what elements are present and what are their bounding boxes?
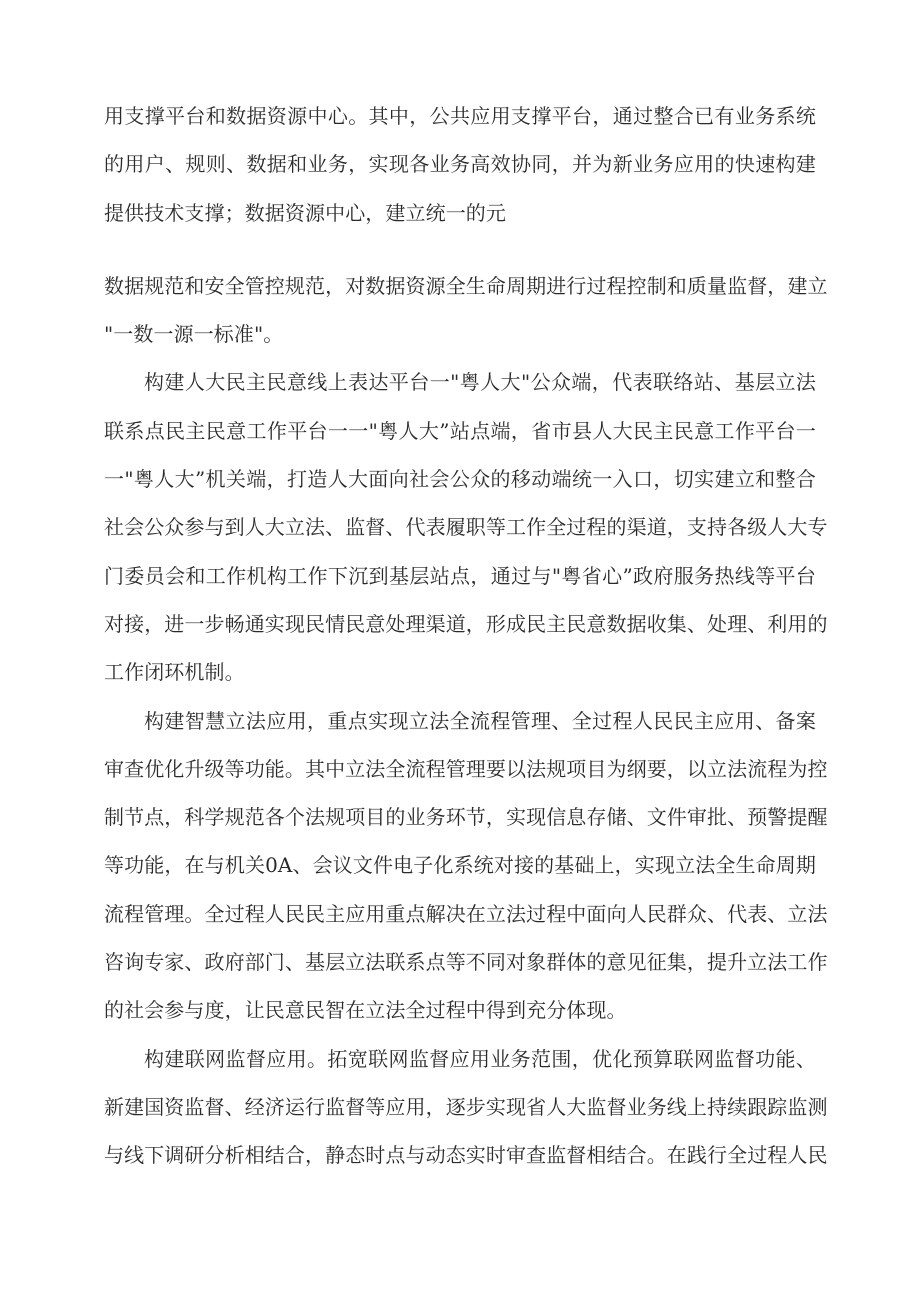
- text-line: 构建智慧立法应用，重点实现立法全流程管理、全过程人民民主应用、备案: [104, 697, 816, 745]
- paragraph-gap: [104, 237, 816, 262]
- text-line: 联系点民主民意工作平台一一"粤人大”站点端，省市县人大民主民意工作平台一: [104, 407, 816, 455]
- text-line: 构建人大民主民意线上表达平台一"粤人大"公众端，代表联络站、基层立法: [104, 358, 816, 406]
- text-line: 咨询专家、政府部门、基层立法联系点等不同对象群体的意见征集，提升立法工作: [104, 938, 816, 986]
- text-line: 社会公众参与到人大立法、监督、代表履职等工作全过程的渠道，支持各级人大专: [104, 503, 816, 551]
- text-line: 等功能，在与机关0A、会议文件电子化系统对接的基础上，实现立法全生命周期: [104, 841, 816, 889]
- paragraph-5: 构建联网监督应用。拓宽联网监督应用业务范围，优化预算联网监督功能、 新建国资监督…: [104, 1035, 816, 1180]
- paragraph-1: 用支撑平台和数据资源中心。其中，公共应用支撑平台，通过整合已有业务系统 的用户、…: [104, 92, 816, 237]
- text-line: 用支撑平台和数据资源中心。其中，公共应用支撑平台，通过整合已有业务系统: [104, 92, 816, 140]
- text-line: 提供技术支撑；数据资源中心，建立统一的元: [104, 189, 816, 237]
- text-line: 数据规范和安全管控规范，对数据资源全生命周期进行过程控制和质量监督，建立: [104, 262, 816, 310]
- document-page: 用支撑平台和数据资源中心。其中，公共应用支撑平台，通过整合已有业务系统 的用户、…: [104, 92, 816, 1180]
- paragraph-3: 构建人大民主民意线上表达平台一"粤人大"公众端，代表联络站、基层立法 联系点民主…: [104, 358, 816, 696]
- text-line: 制节点，科学规范各个法规项目的业务环节，实现信息存储、文件审批、预警提醒: [104, 793, 816, 841]
- text-line: "一数一源一标准"。: [104, 310, 816, 358]
- text-line: 构建联网监督应用。拓宽联网监督应用业务范围，优化预算联网监督功能、: [104, 1035, 816, 1083]
- text-line: 的用户、规则、数据和业务，实现各业务高效协同，并为新业务应用的快速构建: [104, 140, 816, 188]
- text-line: 与线下调研分析相结合，静态时点与动态实时审查监督相结合。在践行全过程人民: [104, 1131, 816, 1179]
- text-line: 的社会参与度，让民意民智在立法全过程中得到充分体现。: [104, 986, 816, 1034]
- text-line: 流程管理。全过程人民民主应用重点解决在立法过程中面向人民群众、代表、立法: [104, 890, 816, 938]
- text-line: 一"粤人大”机关端，打造人大面向社会公众的移动端统一入口，切实建立和整合: [104, 455, 816, 503]
- paragraph-4: 构建智慧立法应用，重点实现立法全流程管理、全过程人民民主应用、备案 审查优化升级…: [104, 697, 816, 1035]
- paragraph-2: 数据规范和安全管控规范，对数据资源全生命周期进行过程控制和质量监督，建立 "一数…: [104, 262, 816, 359]
- text-line: 新建国资监督、经济运行监督等应用，逐步实现省人大监督业务线上持续跟踪监测: [104, 1083, 816, 1131]
- text-line: 对接，进一步畅通实现民情民意处理渠道，形成民主民意数据收集、处理、利用的: [104, 600, 816, 648]
- text-line: 审查优化升级等功能。其中立法全流程管理要以法规项目为纲要，以立法流程为控: [104, 745, 816, 793]
- text-line: 门委员会和工作机构工作下沉到基层站点，通过与"粤省心”政府服务热线等平台: [104, 552, 816, 600]
- text-line: 工作闭环机制。: [104, 648, 816, 696]
